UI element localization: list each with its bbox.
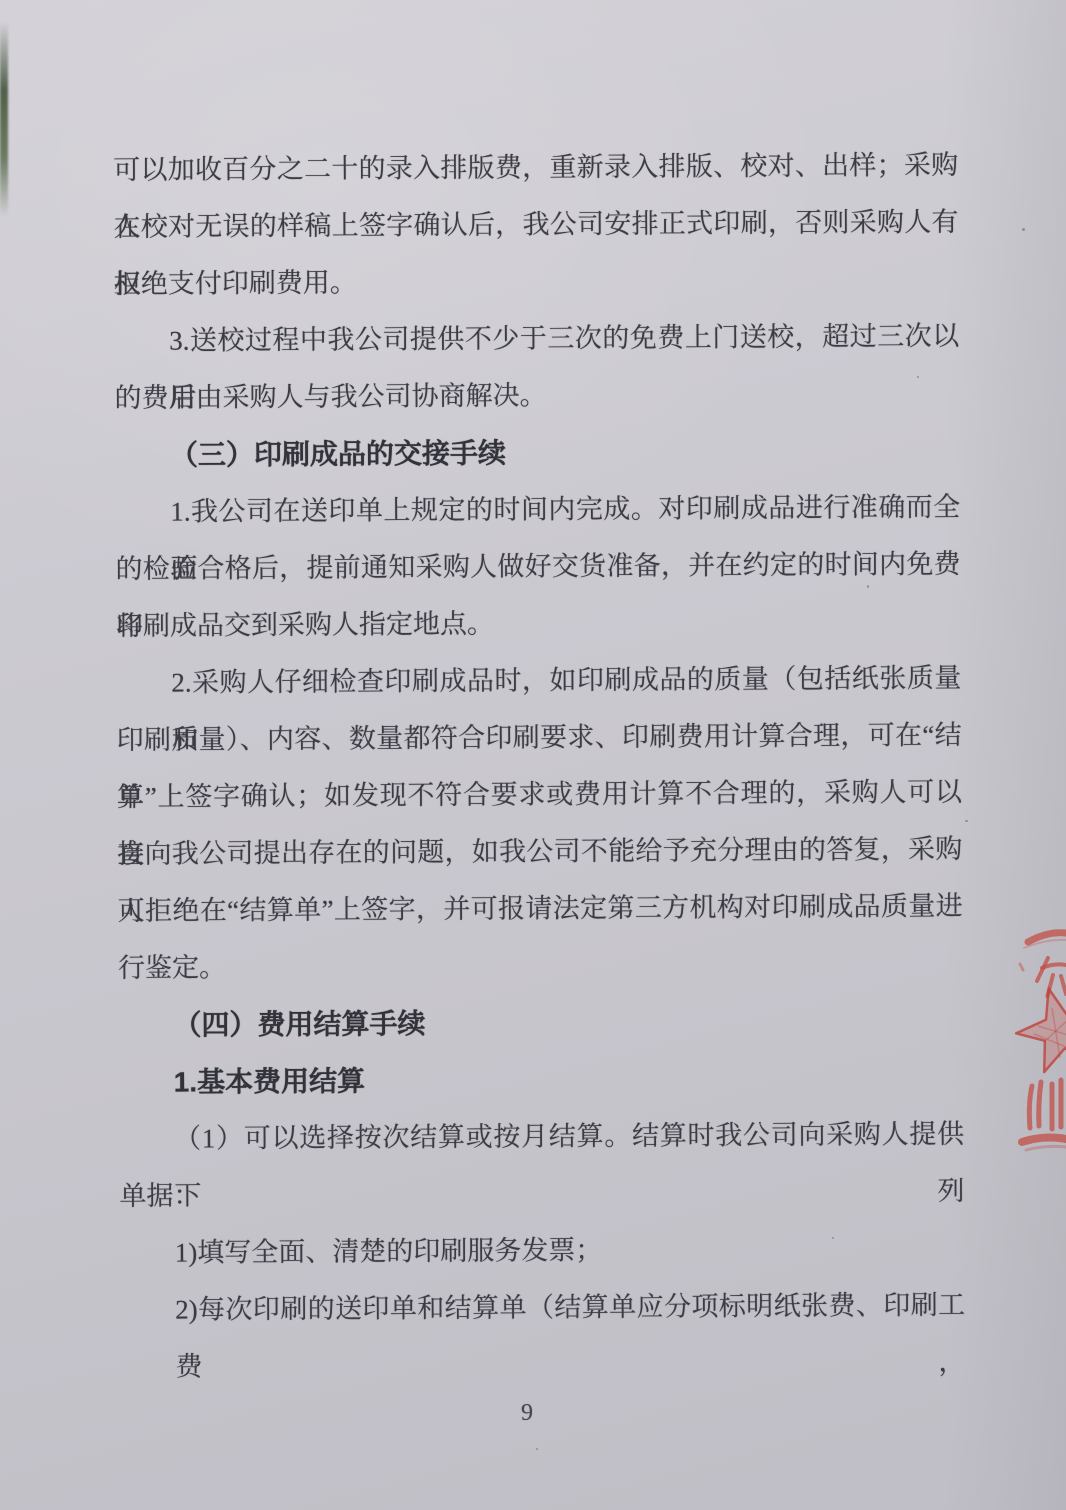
dust-speck [965,820,968,822]
dust-speck [832,1237,834,1239]
text-line: （三）印刷成品的交接手续 [115,422,960,484]
text-line: （四）费用结算手续 [118,992,963,1054]
text-line: 2)每次印刷的送印单和结算单（结算单应分项标明纸张费、印刷工费， [120,1277,965,1339]
scan-edge-artifact [0,22,8,217]
text-line: （1）可以选择按次结算或按月结算。结算时我公司向采购人提供下列 [119,1106,964,1168]
text-line: 单”上签字确认；如发现不符合要求或费用计算不合理的，采购人可以直 [117,764,962,826]
text-line: 可以加收百分之二十的录入排版费，重新录入排版、校对、出样；采购人 [113,137,958,199]
text-line: 1)填写全面、清楚的印刷服务发票； [120,1220,965,1282]
text-line: 行鉴定。 [118,935,963,997]
text-line: 在校对无误的样稿上签字确认后，我公司安排正式印刷，否则采购人有权 [113,194,958,256]
text-line: 拒绝支付印刷费用。 [114,251,959,313]
text-line: 的费用由采购人与我公司协商解决。 [114,365,959,427]
dust-speck [536,1448,538,1450]
dust-speck [951,158,954,161]
text-line: 印刷质量）、内容、数量都符合印刷要求、印刷费用计算合理，可在“结算 [116,707,961,769]
dust-speck [917,376,919,378]
page-number: 9 [0,1400,1054,1427]
text-layer: 可以加收百分之二十的录入排版费，重新录入排版、校对、出样；采购人在校对无误的样稿… [113,137,965,1362]
text-line: 单据： [119,1163,964,1225]
text-line: 3.送校过程中我公司提供不少于三次的免费上门送校，超过三次以后 [114,308,959,370]
dust-speck [1022,228,1025,231]
text-line: 可拒绝在“结算单”上签字，并可报请法定第三方机构对印刷成品质量进 [118,878,963,940]
text-line: 2.采购人仔细检查印刷成品时，如印刷成品的质量（包括纸张质量和 [116,650,961,712]
dust-speck [867,585,869,588]
text-line: 1.我公司在送印单上规定的时间内完成。对印刷成品进行准确而全面 [115,479,960,541]
text-line: 的检验合格后，提前通知采购人做好交货准备，并在约定的时间内免费将 [115,536,960,598]
text-line: 1.基本费用结算 [119,1049,964,1111]
seal-star-icon [1016,989,1066,1073]
text-line: 接向我公司提出存在的问题，如我公司不能给予充分理由的答复，采购人 [117,821,962,883]
text-line: 印刷成品交到采购人指定地点。 [116,593,961,655]
red-seal-stamp [1008,918,1066,1162]
